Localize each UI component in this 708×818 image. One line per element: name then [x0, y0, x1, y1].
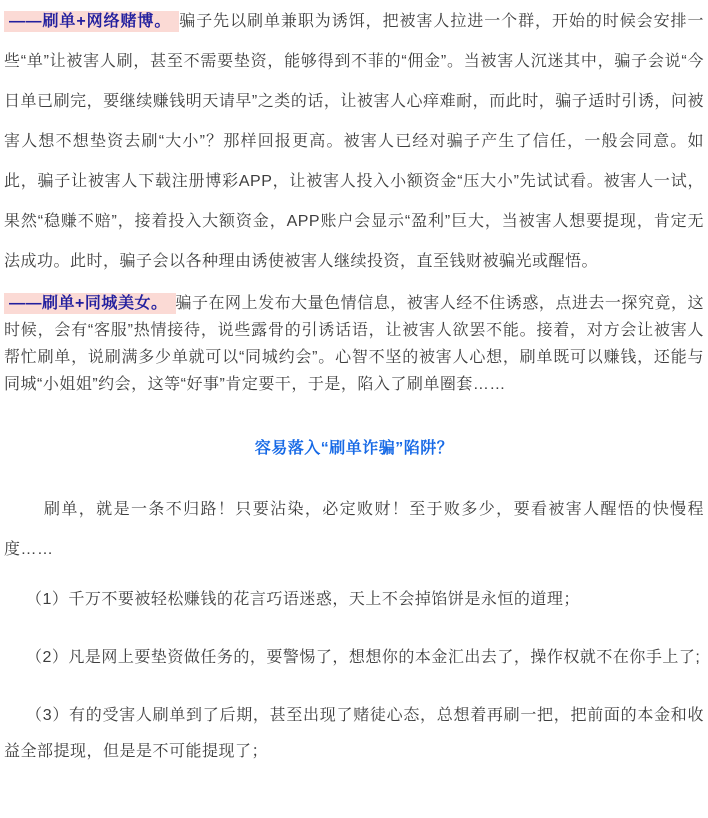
tip-item-3: （3）有的受害人刷单到了后期，甚至出现了赌徒心态，总想着再刷一把，把前面的本金和… — [4, 698, 704, 770]
tip-item-1: （1）千万不要被轻松赚钱的花言巧语迷惑，天上不会掉馅饼是永恒的道理； — [4, 582, 704, 618]
paragraph-text-gambling: 骗子先以刷单兼职为诱饵，把被害人拉进一个群，开始的时候会安排一些“单”让被害人刷… — [4, 13, 704, 270]
paragraph-scam-gambling: ——刷单+网络赌博。骗子先以刷单兼职为诱饵，把被害人拉进一个群，开始的时候会安排… — [4, 2, 704, 282]
tip-item-2: （2）凡是网上要垫资做任务的，要警惕了，想想你的本金汇出去了，操作权就不在你手上… — [4, 640, 704, 676]
intro-paragraph: 刷单，就是一条不归路！只要沾染，必定败财！至于败多少，要看被害人醒悟的快慢程度…… — [4, 490, 704, 570]
highlight-lead-gambling: ——刷单+网络赌博。 — [4, 11, 179, 32]
section-heading: 容易落入“刷单诈骗”陷阱？ — [4, 438, 704, 460]
highlight-lead-dating: ——刷单+同城美女。 — [4, 293, 176, 314]
paragraph-scam-dating: ——刷单+同城美女。骗子在网上发布大量色情信息，被害人经不住诱惑，点进去一探究竟… — [4, 290, 704, 398]
tips-list: （1）千万不要被轻松赚钱的花言巧语迷惑，天上不会掉馅饼是永恒的道理； （2）凡是… — [4, 582, 704, 770]
article-body: ——刷单+网络赌博。骗子先以刷单兼职为诱饵，把被害人拉进一个群，开始的时候会安排… — [0, 0, 708, 770]
